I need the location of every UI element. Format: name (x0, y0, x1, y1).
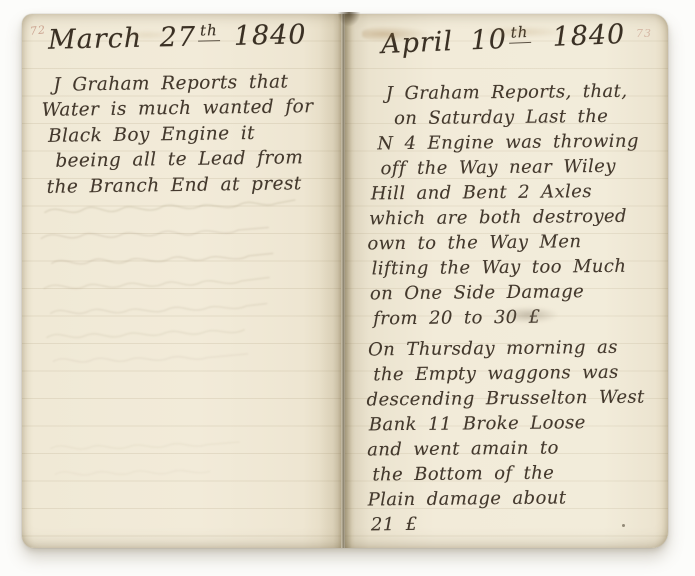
right-entry-paragraph-2: On Thursday morning as the Empty waggons… (366, 335, 646, 538)
left-date-day: March 27 (48, 22, 197, 56)
right-entry-paragraph-1: J Graham Reports, that, on Saturday Last… (366, 79, 641, 332)
left-date-year: 1840 (233, 19, 306, 52)
manuscript-line: descending Brusselton West (366, 385, 644, 413)
manuscript-line: own to the Way Men (367, 229, 640, 257)
manuscript-line: which are both destroyed (369, 204, 640, 232)
manuscript-line: On Thursday morning as (368, 335, 644, 363)
manuscript-line: on One Side Damage (370, 279, 641, 307)
right-page-number: 73 (636, 27, 652, 40)
manuscript-line: Hill and Bent 2 Axles (371, 179, 640, 207)
right-date-ordinal: th (508, 23, 531, 44)
right-date-day: April 10 (380, 24, 507, 60)
manuscript-line: N 4 Engine was throwing (377, 129, 639, 157)
left-page: 72 March 27th1840 J Graham Reports that … (22, 14, 341, 548)
manuscript-line: beeing all te Lead from (55, 145, 314, 174)
manuscript-line: J Graham Reports, that, (386, 79, 639, 107)
manuscript-line: Bank 11 Broke Loose (369, 410, 645, 438)
manuscript-line: Plain damage about (368, 485, 646, 513)
left-date-ordinal: th (198, 21, 220, 41)
left-page-number: 72 (29, 23, 46, 38)
manuscript-line: and went amain to (367, 435, 645, 463)
manuscript-line: 21 £ (371, 510, 646, 538)
right-date-year: 1840 (552, 19, 626, 53)
manuscript-line: the Branch End at prest (47, 171, 315, 200)
manuscript-line: on Saturday Last the (394, 104, 639, 132)
photo-background: 72 March 27th1840 J Graham Reports that … (0, 0, 695, 576)
right-page: 73 April 10th1840 J Graham Reports, that… (345, 14, 668, 548)
manuscript-line: lifting the Way too Much (372, 254, 641, 282)
manuscript-line: off the Way near Wiley (380, 154, 639, 182)
manuscript-line: the Bottom of the (372, 460, 645, 488)
right-entry-date-heading: April 10th1840 (380, 19, 625, 60)
manuscript-line: J Graham Reports that (53, 69, 313, 98)
manuscript-line: Water is much wanted for (41, 95, 313, 124)
left-entry-date-heading: March 27th1840 (48, 19, 307, 55)
manuscript-line: from 20 to 30 £ (373, 304, 641, 332)
left-entry-text: J Graham Reports that Water is much want… (41, 69, 315, 200)
manuscript-line: Black Boy Engine it (48, 120, 314, 149)
manuscript-line: the Empty waggons was (373, 360, 644, 388)
open-notebook: 72 March 27th1840 J Graham Reports that … (22, 14, 668, 548)
